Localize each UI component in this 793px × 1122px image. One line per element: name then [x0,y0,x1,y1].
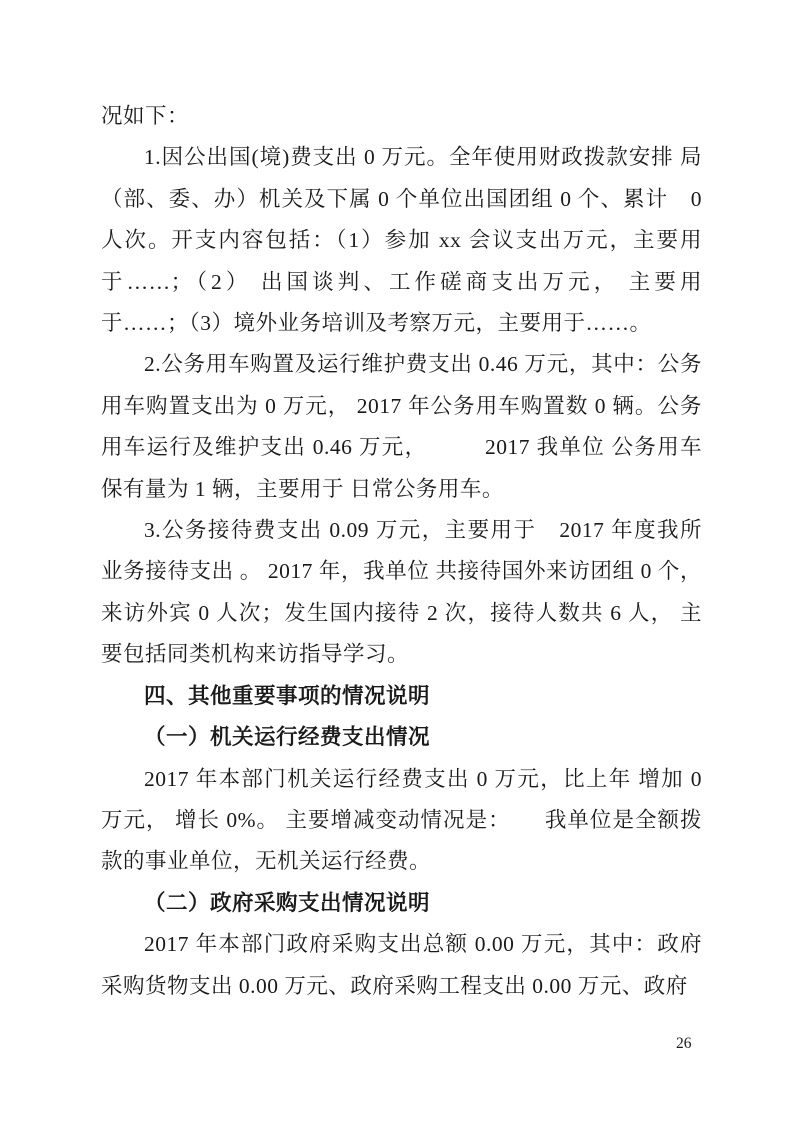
document-page: 况如下： 1.因公出国(境)费支出 0 万元。全年使用财政拨款安排 局（部、委、… [0,0,793,1122]
page-number: 26 [676,1034,692,1054]
paragraph-official-reception-expense: 3.公务接待费支出 0.09 万元，主要用于 2017 年度我所业务接待支出 。… [101,510,702,676]
heading-section-four-other-important-matters: 四、其他重要事项的情况说明 [101,676,702,717]
document-body: 况如下： 1.因公出国(境)费支出 0 万元。全年使用财政拨款安排 局（部、委、… [101,96,702,1007]
continuation-line: 况如下： [101,96,702,137]
paragraph-official-vehicle-expense: 2.公务用车购置及运行维护费支出 0.46 万元，其中：公务用车购置支出为 0 … [101,344,702,510]
paragraph-gov-procurement: 2017 年本部门政府采购支出总额 0.00 万元，其中：政府采购货物支出 0.… [101,924,702,1007]
paragraph-operating-expense: 2017 年本部门机关运行经费支出 0 万元，比上年 增加 0 万元， 增长 0… [101,759,702,883]
heading-subsection-two-gov-procurement: （二）政府采购支出情况说明 [101,883,702,924]
paragraph-overseas-travel-expense: 1.因公出国(境)费支出 0 万元。全年使用财政拨款安排 局（部、委、办）机关及… [101,137,702,344]
heading-subsection-one-operating-expense: （一）机关运行经费支出情况 [101,717,702,758]
